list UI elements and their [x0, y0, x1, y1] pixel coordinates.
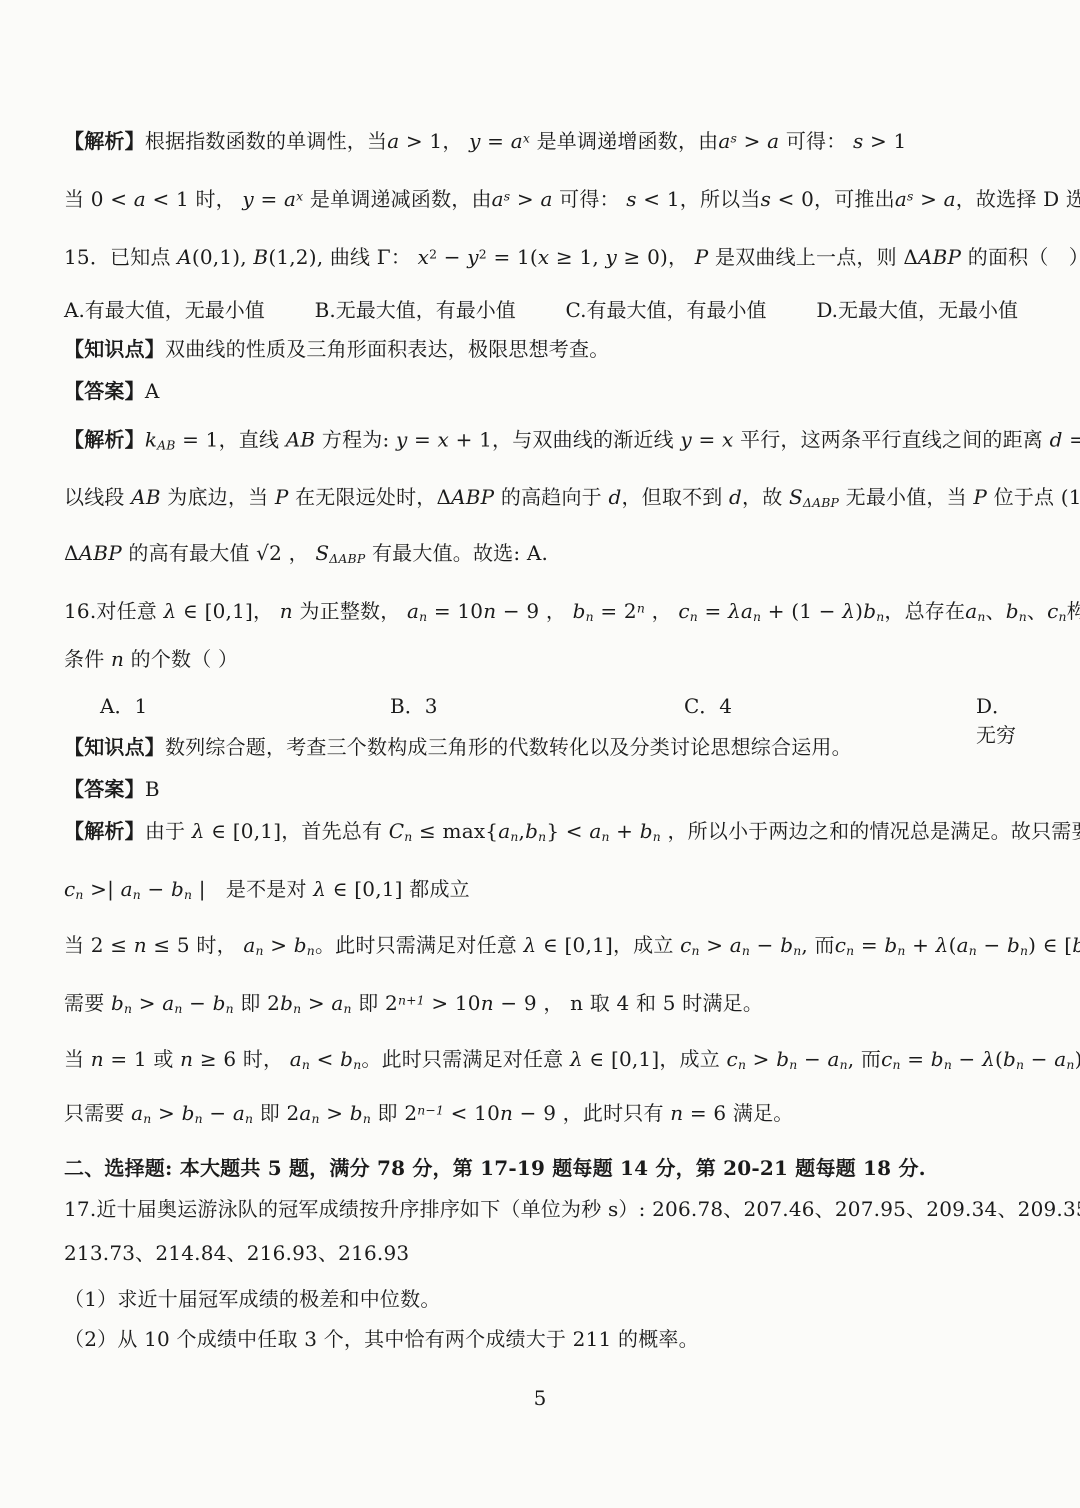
q15-option-b: B.无最大值，有最小值 [315, 294, 516, 323]
q16-analysis-line2: cn >| an − bn | 是不是对 λ ∈ [0,1] 都成立 [64, 876, 470, 903]
q16-stem-line2: 条件 n 的个数（ ） [64, 646, 238, 673]
q16-option-d: D．无穷 [976, 690, 1018, 748]
q15-option-a: A.有最大值，无最小值 [64, 294, 265, 323]
q16-analysis-line6: 只需要 an > bn − an 即 2an > bn 即 2n−1 < 10n… [64, 1100, 794, 1127]
document-page: 【解析】根据指数函数的单调性，当a > 1， y = ax 是单调递增函数，由a… [0, 0, 1080, 1508]
q17-stem-line2: 213.73、214.84、216.93、216.93 [64, 1240, 409, 1267]
q15-analysis-line2: 以线段 AB 为底边，当 P 在无限远处时，ΔABP 的高趋向于 d，但取不到 … [64, 484, 1080, 511]
q15-answer: 【答案】A [64, 378, 159, 405]
section-2-header: 二、选择题: 本大题共 5 题，满分 78 分，第 17-19 题每题 14 分… [64, 1155, 926, 1182]
q17-stem-line1: 17.近十届奥运游泳队的冠军成绩按升序排序如下（单位为秒 s）: 206.78、… [64, 1196, 1080, 1223]
q14-analysis-line1: 【解析】根据指数函数的单调性，当a > 1， y = ax 是单调递增函数，由a… [64, 128, 906, 155]
q16-stem-line1: 16.对任意 λ ∈ [0,1]， n 为正整数， an = 10n − 9 ，… [64, 598, 1080, 625]
q17-part2: （2）从 10 个成绩中任取 3 个，其中恰有两个成绩大于 211 的概率。 [64, 1326, 699, 1353]
q16-option-a: A．1 [100, 690, 147, 719]
q15-option-c: C.有最大值，有最小值 [566, 294, 767, 323]
q17-part1: （1）求近十届冠军成绩的极差和中位数。 [64, 1286, 441, 1313]
q16-analysis-line3: 当 2 ≤ n ≤ 5 时， an > bn。此时只需满足对任意 λ ∈ [0,… [64, 932, 1080, 959]
q15-analysis-line3: ΔABP 的高有最大值 √2 ， SΔABP 有最大值。故选: A. [64, 540, 548, 567]
q16-analysis-line5: 当 n = 1 或 n ≥ 6 时， an < bn。此时只需满足对任意 λ ∈… [64, 1046, 1080, 1073]
q16-analysis-line1: 【解析】由于 λ ∈ [0,1]，首先总有 Cn ≤ max{an,bn} < … [64, 818, 1080, 845]
q15-analysis-line1: 【解析】kAB = 1，直线 AB 方程为: y = x + 1，与双曲线的渐近… [64, 420, 1080, 462]
q16-option-c: C．4 [684, 690, 732, 719]
q16-analysis-line4: 需要 bn > an − bn 即 2bn > an 即 2n+1 > 10n … [64, 990, 763, 1017]
q15-options: A.有最大值，无最小值 B.无最大值，有最小值 C.有最大值，有最小值 D.无最… [64, 294, 1018, 323]
q15-stem: 15．已知点 A(0,1), B(1,2), 曲线 Γ： x2 − y2 = 1… [64, 244, 1080, 271]
q16-knowledge: 【知识点】数列综合题，考查三个数构成三角形的代数转化以及分类讨论思想综合运用。 [64, 734, 852, 761]
q16-option-b: B．3 [390, 690, 437, 719]
page-number: 5 [0, 1386, 1080, 1410]
q15-knowledge: 【知识点】双曲线的性质及三角形面积表达，极限思想考查。 [64, 336, 609, 363]
q15-option-d: D.无最大值，无最小值 [816, 294, 1018, 323]
q14-analysis-line2: 当 0 < a < 1 时， y = ax 是单调递减函数，由as > a 可得… [64, 186, 1080, 213]
q16-answer: 【答案】B [64, 776, 160, 803]
q16-options: A．1 B．3 C．4 D．无穷 [64, 690, 1018, 718]
